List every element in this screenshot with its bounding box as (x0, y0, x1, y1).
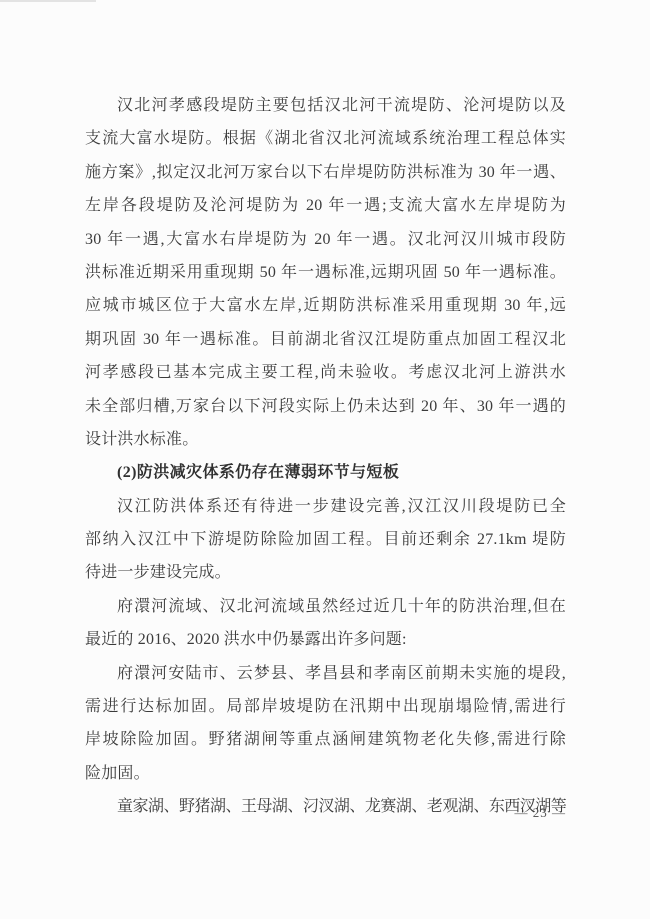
text-line: 险加固。 (85, 757, 566, 790)
text-line: 最近的 2016、2020 洪水中仍暴露出许多问题: (85, 623, 566, 656)
document-page: 汉北河孝感段堤防主要包括汉北河干流堤防、沦河堤防以及 支流大富水堤防。根据《湖北… (0, 0, 650, 919)
text-line: 府澴河安陆市、云梦县、孝昌县和孝南区前期未实施的堤段, (85, 657, 566, 690)
text-line: 河孝感段已基本完成主要工程,尚未验收。考虑汉北河上游洪水 (85, 356, 566, 389)
section-heading: (2)防洪减灾体系仍存在薄弱环节与短板 (85, 456, 566, 489)
text-line: 部纳入汉江中下游堤防除险加固工程。目前还剩余 27.1km 堤防 (85, 523, 566, 556)
text-line: 30 年一遇,大富水右岸堤防为 20 年一遇。汉北河汉川城市段防 (85, 223, 566, 256)
page-number: — 23 — (515, 804, 567, 822)
text-line: 施方案》,拟定汉北河万家台以下右岸堤防防洪标准为 30 年一遇、 (85, 156, 566, 189)
text-line: 府澴河流域、汉北河流域虽然经过近几十年的防洪治理,但在 (85, 590, 566, 623)
text-line: 汉北河孝感段堤防主要包括汉北河干流堤防、沦河堤防以及 (85, 89, 566, 122)
text-line: 支流大富水堤防。根据《湖北省汉北河流域系统治理工程总体实 (85, 122, 566, 155)
scan-edge-artifact (0, 0, 96, 2)
text-line: 左岸各段堤防及沦河堤防为 20 年一遇;支流大富水左岸堤防为 (85, 189, 566, 222)
text-line: 期巩固 30 年一遇标准。目前湖北省汉江堤防重点加固工程汉北 (85, 323, 566, 356)
text-line: 应城市城区位于大富水左岸,近期防洪标准采用重现期 30 年,远 (85, 289, 566, 322)
text-line: 设计洪水标准。 (85, 423, 566, 456)
text-line: 岸坡除险加固。野猪湖闸等重点涵闸建筑物老化失修,需进行除 (85, 723, 566, 756)
text-line: 洪标准近期采用重现期 50 年一遇标准,远期巩固 50 年一遇标准。 (85, 256, 566, 289)
text-line: 需进行达标加固。局部岸坡堤防在汛期中出现崩塌险情,需进行 (85, 690, 566, 723)
text-line: 未全部归槽,万家台以下河段实际上仍未达到 20 年、30 年一遇的 (85, 390, 566, 423)
text-line: 汉江防洪体系还有待进一步建设完善,汉江汉川段堤防已全 (85, 490, 566, 523)
page-content: 汉北河孝感段堤防主要包括汉北河干流堤防、沦河堤防以及 支流大富水堤防。根据《湖北… (85, 89, 566, 824)
text-line: 待进一步建设完成。 (85, 556, 566, 589)
text-line: 童家湖、野猪湖、王母湖、汈汊湖、龙赛湖、老观湖、东西汊湖等 (85, 790, 566, 823)
